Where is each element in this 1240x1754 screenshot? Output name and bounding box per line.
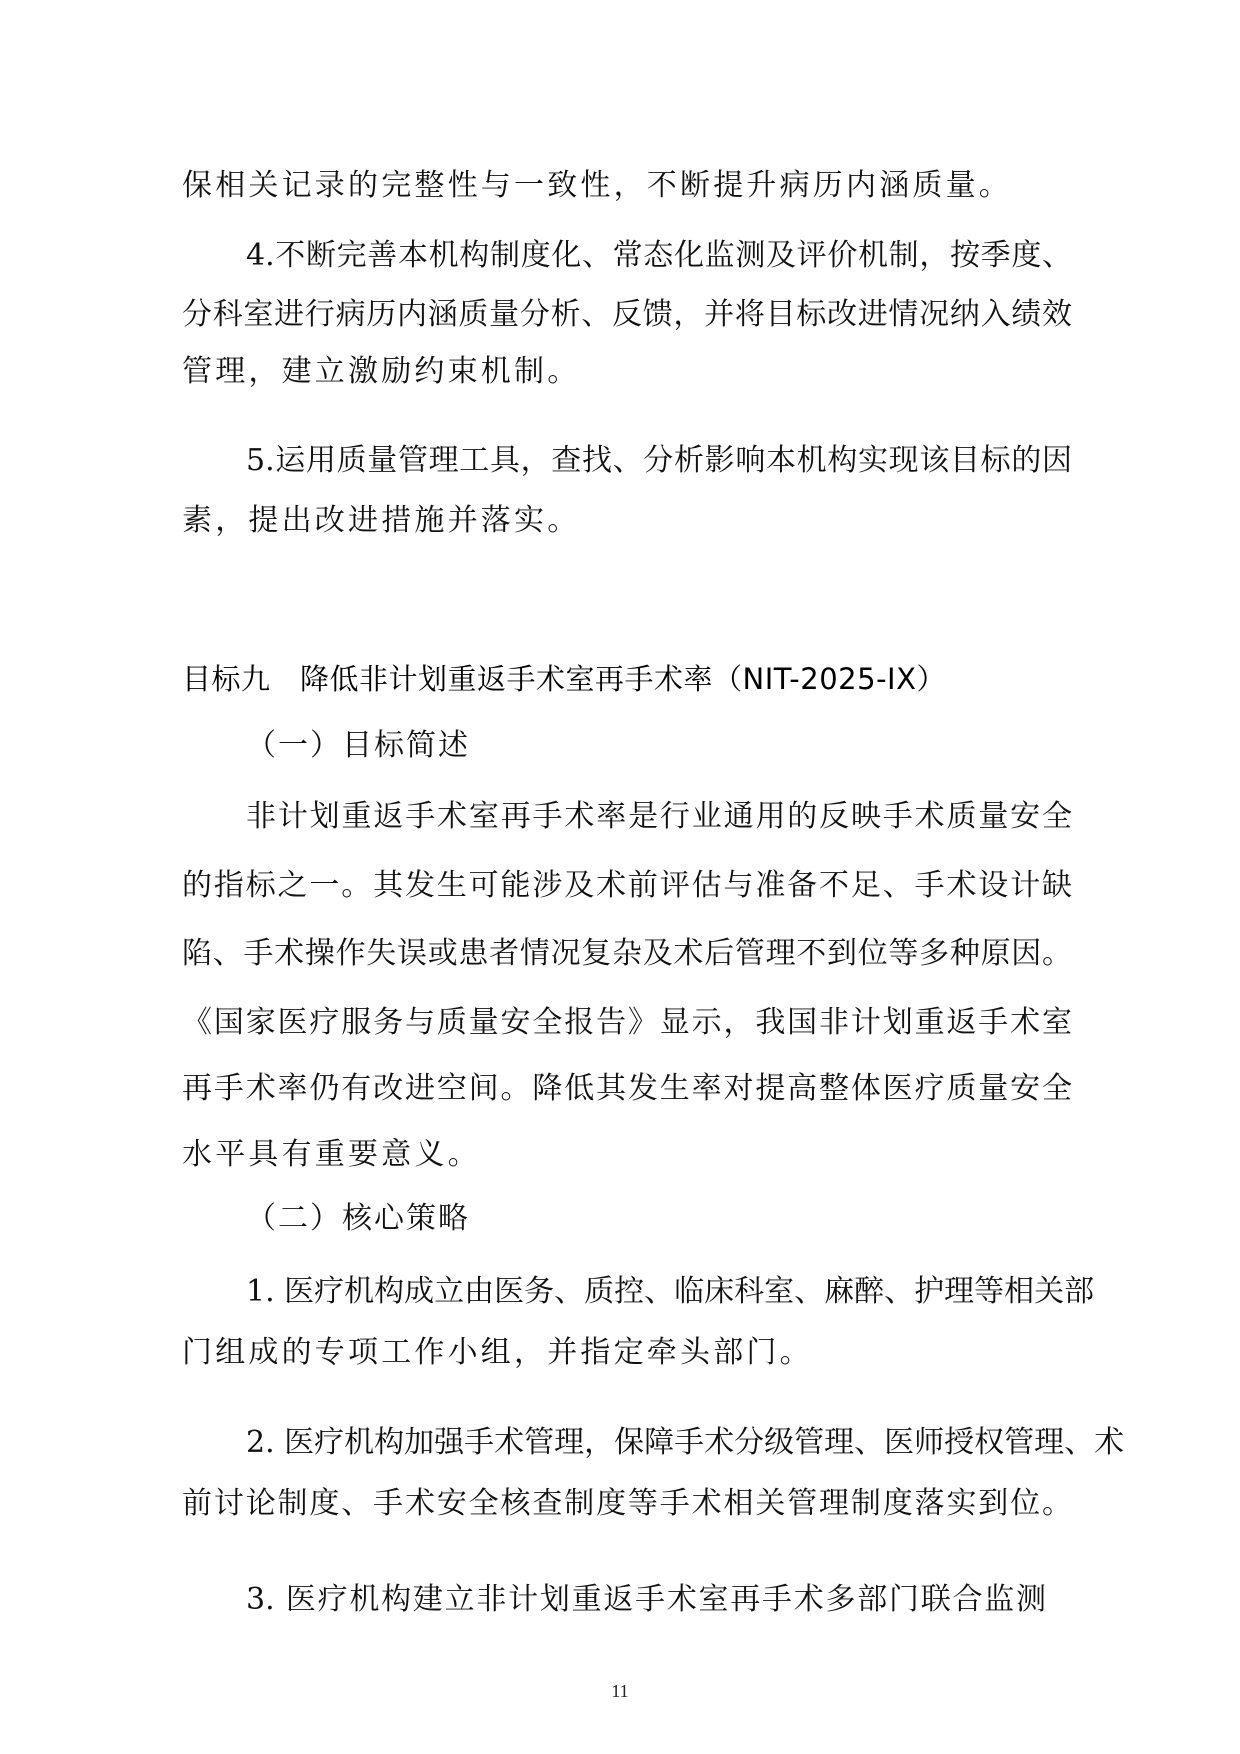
strategy-item-3-line-1: 3. 医疗机构建立非计划重返手术室再手术多部门联合监测 <box>246 1580 1046 1620</box>
strategy-item-1-line-1: 1. 医疗机构成立由医务、质控、临床科室、麻醉、护理等相关部 <box>246 1272 1072 1312</box>
goal-heading: 目标九 降低非计划重返手术室再手术率（NIT-2025-IX） <box>182 659 1072 699</box>
section-title-strategy: （二）核心策略 <box>246 1199 1136 1239</box>
paragraph-item-4-line-3: 管理，建立激励约束机制。 <box>182 352 1072 392</box>
paragraph-item-4-line-2: 分科室进行病历内涵质量分析、反馈，并将目标改进情况纳入绩效 <box>182 295 1072 335</box>
overview-line-5: 再手术率仍有改进空间。降低其发生率对提高整体医疗质量安全 <box>182 1069 1072 1109</box>
paragraph-item-5-line-2: 素，提出改进措施并落实。 <box>182 501 1072 541</box>
section-title-overview: （一）目标简述 <box>246 726 1136 766</box>
overview-line-1: 非计划重返手术室再手术率是行业通用的反映手术质量安全 <box>246 797 1072 837</box>
strategy-item-2-line-1: 2. 医疗机构加强手术管理，保障手术分级管理、医师授权管理、术 <box>246 1423 1072 1463</box>
paragraph-item-5-line-1: 5.运用质量管理工具，查找、分析影响本机构实现该目标的因 <box>246 441 1072 481</box>
strategy-item-1-line-2: 门组成的专项工作小组，并指定牵头部门。 <box>182 1333 1072 1373</box>
document-page: 保相关记录的完整性与一致性，不断提升病历内涵质量。 4.不断完善本机构制度化、常… <box>0 0 1240 1754</box>
paragraph-continuation: 保相关记录的完整性与一致性，不断提升病历内涵质量。 <box>182 166 1072 206</box>
overview-line-4: 《国家医疗服务与质量安全报告》显示，我国非计划重返手术室 <box>182 1003 1072 1043</box>
overview-line-3: 陷、手术操作失误或患者情况复杂及术后管理不到位等多种原因。 <box>182 934 1072 974</box>
strategy-item-2-line-2: 前讨论制度、手术安全核查制度等手术相关管理制度落实到位。 <box>182 1484 1072 1524</box>
page-number: 11 <box>0 1681 1240 1702</box>
overview-line-6: 水平具有重要意义。 <box>182 1135 1072 1175</box>
paragraph-item-4-line-1: 4.不断完善本机构制度化、常态化监测及评价机制，按季度、 <box>246 236 1072 276</box>
overview-line-2: 的指标之一。其发生可能涉及术前评估与准备不足、手术设计缺 <box>182 866 1072 906</box>
